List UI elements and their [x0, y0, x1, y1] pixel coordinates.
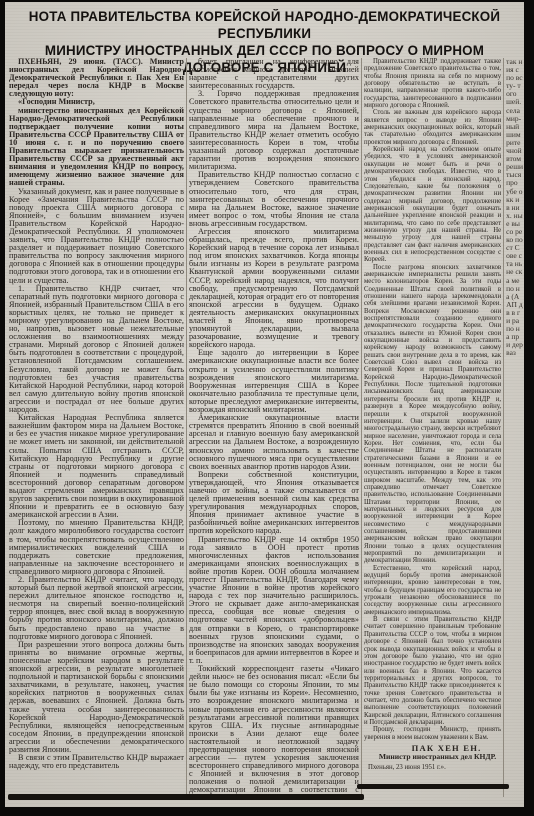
- paragraph: Правительство КНДР еще 14 октября 1950 г…: [189, 536, 359, 666]
- newsprint-page: НОТА ПРАВИТЕЛЬСТВА КОРЕЙСКОЙ НАРОДНО-ДЕМ…: [5, 2, 524, 807]
- paragraph: будет приглашен на конференцию для рассм…: [189, 58, 359, 90]
- column-divider-2: [361, 58, 362, 797]
- column-4-cutoff-fragment: так ния с по всту- того шей. села мир- н…: [506, 58, 523, 797]
- column-divider-1: [186, 58, 187, 797]
- paragraph: Токийский корреспондент газеты «Чикаго д…: [189, 665, 359, 797]
- newspaper-clipping: НОТА ПРАВИТЕЛЬСТВА КОРЕЙСКОЙ НАРОДНО-ДЕМ…: [0, 0, 534, 816]
- paragraph: В связи с этим Правительство КНДР выража…: [9, 754, 184, 770]
- column-2: будет приглашен на конференцию для рассм…: [189, 58, 359, 797]
- clipping-tear-bar-right: [357, 784, 509, 789]
- paragraph: ПХЕНЬЯН, 29 июня. (ТАСС). Министр иностр…: [9, 58, 184, 98]
- paragraph: министерство иностранных дел Корейской Н…: [9, 107, 184, 188]
- paragraph: При разрешении этого вопроса должны быть…: [9, 641, 184, 754]
- article-body: ПХЕНЬЯН, 29 июня. (ТАСС). Министр иностр…: [9, 58, 523, 797]
- paragraph: Еще задолго до интервенции в Корее амери…: [189, 349, 359, 414]
- paragraph: Указанный документ, как и ранее полученн…: [9, 188, 184, 285]
- paragraph: Поэтому, по мнению Правительства КНДР, д…: [9, 519, 184, 576]
- paragraph: Столь же важным для корейского народа яв…: [364, 109, 501, 146]
- paragraph: Вопреки собственной конституции, утвержд…: [189, 471, 359, 536]
- paragraph: Прошу, господин Министр, принять уверени…: [364, 726, 501, 741]
- paragraph: 3. Горячо поддерживая предложения Советс…: [189, 90, 359, 171]
- paragraph: В связи с этим Правительство КНДР считае…: [364, 616, 501, 726]
- paragraph: 1. Правительство КНДР считает, что сепар…: [9, 285, 184, 415]
- paragraph: Американские оккупационные власти стремя…: [189, 414, 359, 471]
- paragraph: Корейский народ на собственном опыте убе…: [364, 146, 501, 264]
- headline-line-1: НОТА ПРАВИТЕЛЬСТВА КОРЕЙСКОЙ НАРОДНО-ДЕМ…: [8, 8, 522, 42]
- paragraph: Агрессия японского милитаризма обращалас…: [189, 228, 359, 349]
- paragraph: Естественно, что корейский народ, ведущи…: [364, 565, 501, 616]
- clipping-tear-bar-left: [8, 794, 364, 800]
- signature-line: Министр иностранных дел КНДР.: [364, 753, 501, 760]
- column-divider-3: [503, 58, 504, 797]
- paragraph: Правительство КНДР поддерживает также пр…: [364, 58, 501, 109]
- column-3: Правительство КНДР поддерживает также пр…: [364, 58, 501, 797]
- paragraph: После разгрома японских захватчиков амер…: [364, 264, 501, 565]
- signature-line: Пхеньян, 23 июня 1951 г.».: [364, 761, 501, 771]
- column-1: ПХЕНЬЯН, 29 июня. (ТАСС). Министр иностр…: [9, 58, 184, 797]
- paragraph: 2. Правительство КНДР считает, что народ…: [9, 576, 184, 641]
- paragraph: Китайская Народная Республика является в…: [9, 414, 184, 519]
- paragraph: Правительство КНДР полностью согласно с …: [189, 171, 359, 228]
